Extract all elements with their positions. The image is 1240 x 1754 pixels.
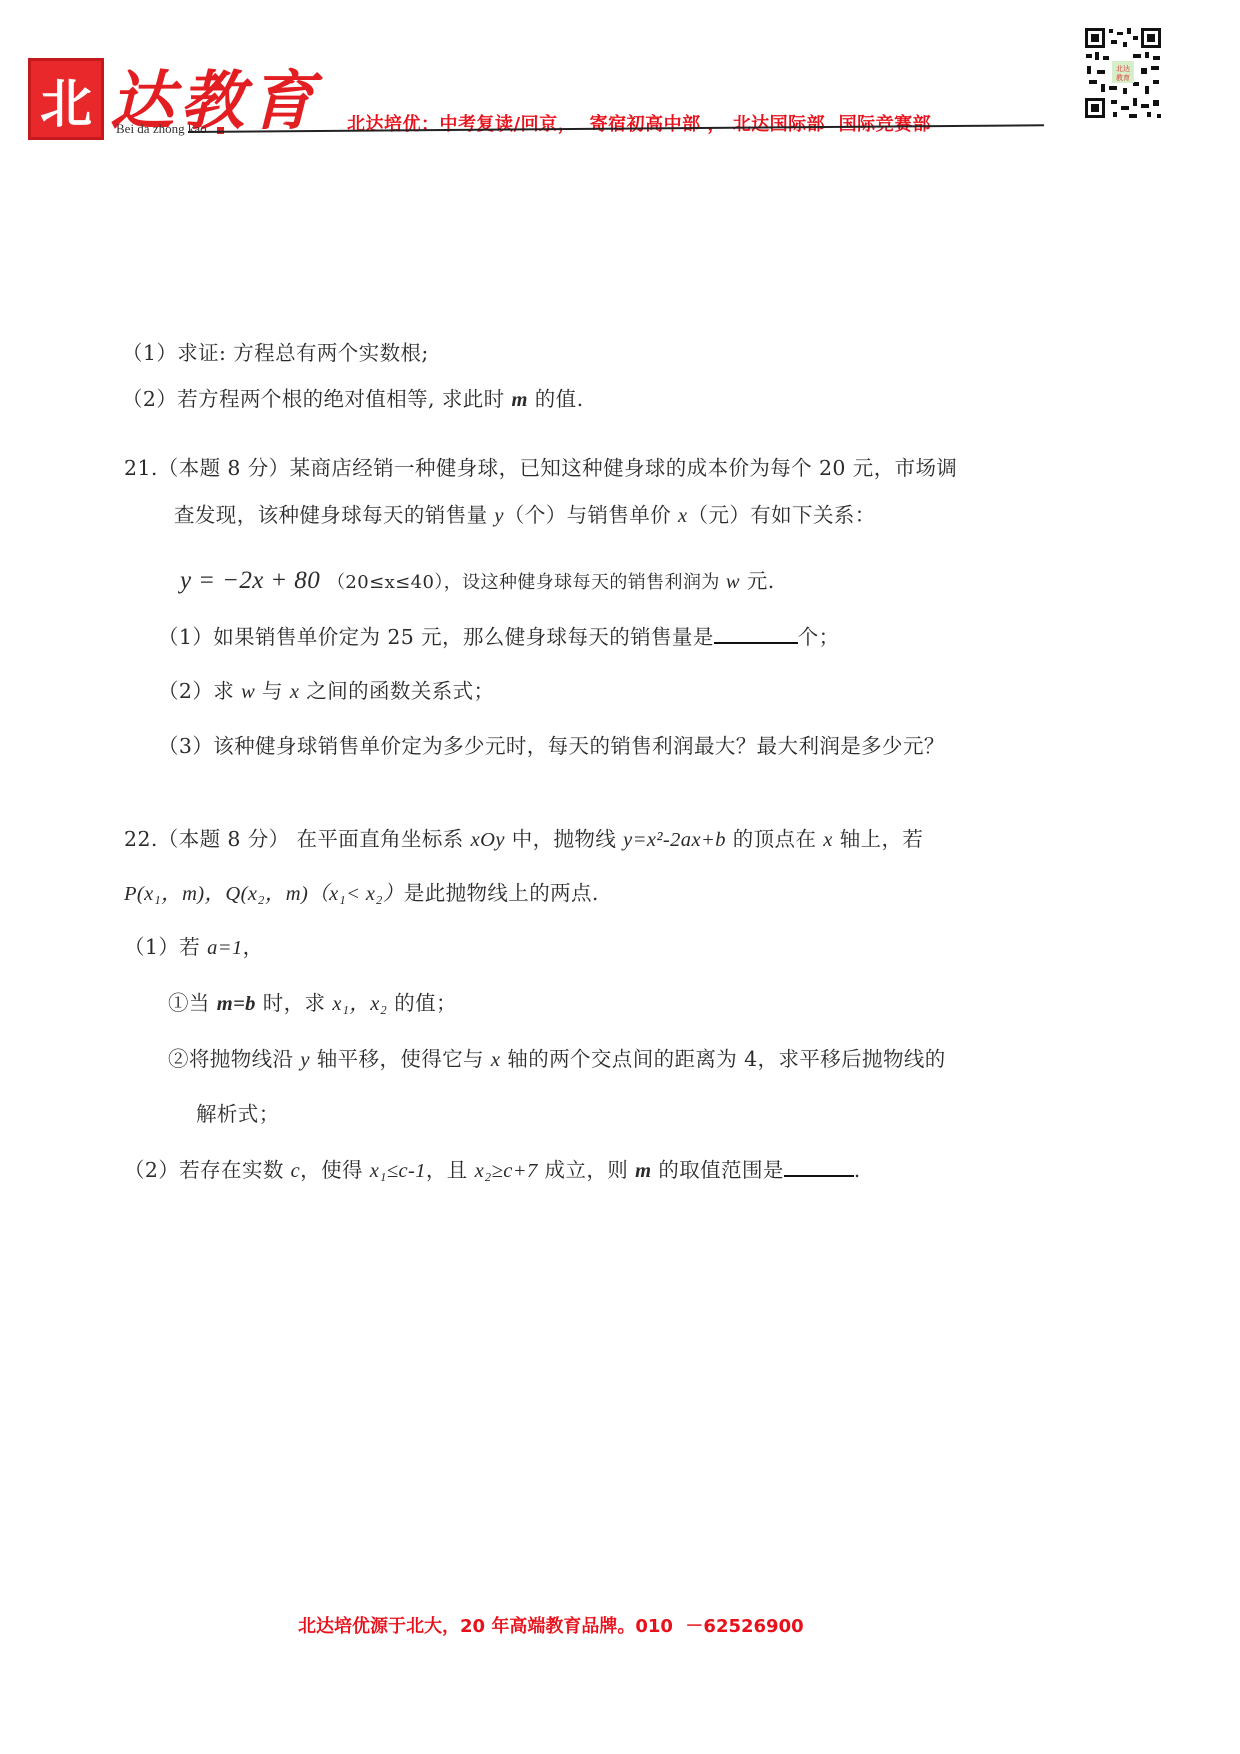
q20-part-1: （1）求证: 方程总有两个实数根; xyxy=(122,336,429,366)
qr-code-icon: 北达 教育 xyxy=(1083,26,1163,120)
header-slogan: 北达培优：中考复读/回京， 寄宿初高中部 ， 北达国际部 国际竞赛部 xyxy=(347,110,931,136)
svg-text:教育: 教育 xyxy=(1116,73,1130,82)
q22-part-2-period: . xyxy=(854,1158,861,1182)
q22-stem-text-c: 的顶点在 xyxy=(726,827,823,851)
q22-part-2-text-e: 成立，则 xyxy=(538,1158,635,1182)
q21-stem-line2: 查发现，该种健身球每天的销售量 y（个）与销售单价 x（元）有如下关系： xyxy=(174,498,876,528)
var-w: w xyxy=(241,681,255,703)
q22-part-2-text-a: （2）若存在实数 xyxy=(124,1158,291,1182)
condition-m-b: m=b xyxy=(217,993,256,1015)
q22-stem-line2-tail: 是此抛物线上的两点. xyxy=(404,881,599,905)
q22-part-2-text-b: ，使得 xyxy=(300,1158,370,1182)
footer-slogan: 北达培优源于北大，20 年高端教育品牌。010 －62526900 xyxy=(298,1612,804,1638)
var-x: x xyxy=(491,1049,501,1071)
q22-stem-text-a: 22.（本题 8 分） 在平面直角坐标系 xyxy=(124,827,471,851)
q22-part-2-text-d: ，且 xyxy=(426,1158,475,1182)
q22-stem-line2: P(x₁，m)，Q(x₂，m)（x₁< x₂）是此抛物线上的两点. xyxy=(124,876,599,906)
q21-part-3: （3）该种健身球销售单价定为多少元时，每天的销售利润最大？最大利润是多少元？ xyxy=(158,729,945,759)
condition-a: a=1 xyxy=(207,937,243,959)
q22-sub-1-text-a: ①当 xyxy=(168,991,217,1015)
condition-x2: x₂≥c+7 xyxy=(475,1160,538,1182)
var-y: y xyxy=(300,1049,310,1071)
q21-stem-text-b: （个）与销售单价 xyxy=(504,503,678,527)
q21-part-1-tail: 个； xyxy=(798,625,840,649)
q22-stem-text-d: 轴上，若 xyxy=(833,827,924,851)
q21-stem-text-c: （元）有如下关系： xyxy=(688,503,876,527)
var-x: x xyxy=(678,505,688,527)
q20-part-2-text: （2）若方程两个根的绝对值相等, 求此时 xyxy=(122,387,512,411)
var-m: m xyxy=(512,389,528,411)
q21-part-2-text-a: （2）求 xyxy=(158,679,241,703)
q21-part-2-text-b: 与 xyxy=(255,679,290,703)
q21-part-1-text: （1）如果销售单价定为 25 元，那么健身球每天的销售量是 xyxy=(158,625,714,649)
q21-formula-line: y = −2x + 80 （20≤x≤40），设这种健身球每天的销售利润为 w … xyxy=(180,564,775,595)
q21-formula-tail: 元. xyxy=(740,569,775,593)
q22-part-1: （1）若 a=1， xyxy=(124,930,264,960)
q22-part-1-text: （1）若 xyxy=(124,935,207,959)
var-y: y xyxy=(494,505,504,527)
points-pq: P(x₁，m)，Q(x₂，m)（x₁< x₂） xyxy=(124,883,404,905)
logo-subtitle: Bei da zhong kao xyxy=(116,121,224,137)
logo-mark: 北 xyxy=(28,58,104,140)
q22-sub-1-text-c: 的值； xyxy=(387,991,457,1015)
q21-formula-range: （20≤x≤40），设这种健身球每天的销售利润为 xyxy=(327,572,726,593)
var-xoy: xOy xyxy=(471,829,505,851)
q21-formula: y = −2x + 80 xyxy=(180,567,320,594)
q22-part-1-tail: ， xyxy=(243,935,264,959)
q22-sub-1-text-b: 时，求 xyxy=(256,991,333,1015)
q20-part-2: （2）若方程两个根的绝对值相等, 求此时 m 的值. xyxy=(122,382,584,412)
var-w: w xyxy=(726,571,740,593)
q22-sub-1: ①当 m=b 时，求 x₁，x₂ 的值； xyxy=(168,986,457,1016)
q22-sub-2-text-c: 轴的两个交点间的距离为 4，求平移后抛物线的 xyxy=(500,1047,945,1071)
q22-stem-text-b: 中，抛物线 xyxy=(505,827,623,851)
svg-text:北达: 北达 xyxy=(1116,64,1130,73)
q20-part-2-tail: 的值. xyxy=(528,387,584,411)
q21-part-1: （1）如果销售单价定为 25 元，那么健身球每天的销售量是个； xyxy=(158,620,840,650)
var-x: x xyxy=(823,829,833,851)
parabola-equation: y=x²-2ax+b xyxy=(623,829,726,851)
q21-stem-text-a: 查发现，该种健身球每天的销售量 xyxy=(174,503,494,527)
condition-x1: x₁≤c-1 xyxy=(370,1160,426,1182)
answer-blank[interactable] xyxy=(714,641,798,644)
q21-stem-line1: 21.（本题 8 分）某商店经销一种健身球，已知这种健身球的成本价为每个 20 … xyxy=(124,451,957,481)
vars-x1-x2: x₁，x₂ xyxy=(332,993,387,1015)
q22-sub-2-text-a: ②将抛物线沿 xyxy=(168,1047,300,1071)
var-c: c xyxy=(291,1160,301,1182)
logo-mark-text: 北 xyxy=(40,62,92,137)
q22-sub-2-text-b: 轴平移，使得它与 xyxy=(310,1047,491,1071)
q22-part-2: （2）若存在实数 c，使得 x₁≤c-1，且 x₂≥c+7 成立，则 m 的取值… xyxy=(124,1153,861,1183)
q22-sub-2-line2: 解析式； xyxy=(196,1097,280,1127)
q22-sub-2: ②将抛物线沿 y 轴平移，使得它与 x 轴的两个交点间的距离为 4，求平移后抛物… xyxy=(168,1042,946,1072)
q22-stem-line1: 22.（本题 8 分） 在平面直角坐标系 xOy 中，抛物线 y=x²-2ax+… xyxy=(124,822,923,852)
q22-part-2-text-f: 的取值范围是 xyxy=(651,1158,783,1182)
q21-part-2-text-c: 之间的函数关系式； xyxy=(299,679,494,703)
var-m: m xyxy=(635,1160,651,1182)
q21-part-2: （2）求 w 与 x 之间的函数关系式； xyxy=(158,674,494,704)
answer-blank[interactable] xyxy=(784,1174,854,1177)
logo-subtitle-text: Bei da zhong kao xyxy=(116,121,207,136)
var-x: x xyxy=(290,681,300,703)
